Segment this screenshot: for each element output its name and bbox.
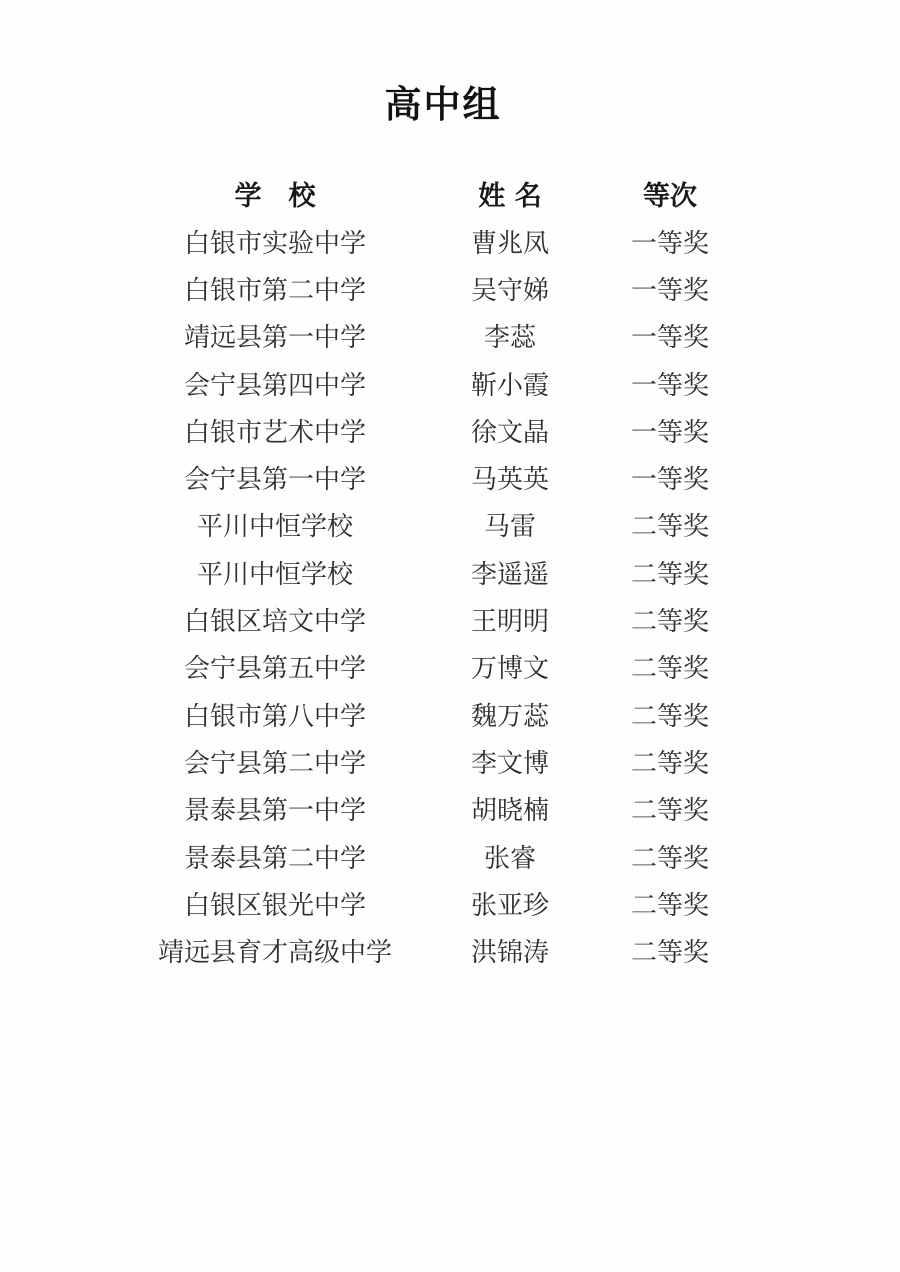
table-row: 靖远县第一中学 李蕊 一等奖 [100,315,770,362]
school-cell: 会宁县第二中学 [100,750,450,779]
table-row: 白银市第八中学 魏万蕊 二等奖 [100,693,770,740]
award-cell: 二等奖 [570,608,770,637]
table-row: 白银市艺术中学 徐文晶 一等奖 [100,409,770,456]
name-cell: 李遥遥 [450,561,570,590]
name-cell: 李文博 [450,750,570,779]
school-cell: 会宁县第一中学 [100,466,450,495]
name-cell: 马雷 [450,513,570,542]
page-title: 高中组 [0,82,886,128]
school-cell: 白银区培文中学 [100,608,450,637]
award-cell: 二等奖 [570,655,770,684]
school-cell: 白银区银光中学 [100,892,450,921]
school-cell: 靖远县育才高级中学 [100,939,450,968]
school-cell: 景泰县第一中学 [100,797,450,826]
school-cell: 白银市第二中学 [100,277,450,306]
school-cell: 白银市第八中学 [100,703,450,732]
school-cell: 景泰县第二中学 [100,845,450,874]
table-row: 会宁县第四中学 靳小霞 一等奖 [100,362,770,409]
school-cell: 平川中恒学校 [100,561,450,590]
award-cell: 一等奖 [570,230,770,259]
name-cell: 靳小霞 [450,372,570,401]
table-row: 白银市第二中学 吴守娣 一等奖 [100,268,770,315]
name-cell: 万博文 [450,655,570,684]
award-cell: 二等奖 [570,703,770,732]
name-cell: 曹兆凤 [450,230,570,259]
school-cell: 平川中恒学校 [100,513,450,542]
table-row: 会宁县第一中学 马英英 一等奖 [100,457,770,504]
award-cell: 一等奖 [570,372,770,401]
school-cell: 白银市艺术中学 [100,419,450,448]
table-row: 白银市实验中学 曹兆凤 一等奖 [100,220,770,267]
award-cell: 二等奖 [570,845,770,874]
name-cell: 吴守娣 [450,277,570,306]
table-row: 景泰县第一中学 胡晓楠 二等奖 [100,788,770,835]
table-header-row: 学 校 姓 名 等次 [100,173,770,220]
table-row: 白银区银光中学 张亚珍 二等奖 [100,882,770,929]
name-cell: 马英英 [450,466,570,495]
award-cell: 二等奖 [570,939,770,968]
table-row: 会宁县第五中学 万博文 二等奖 [100,646,770,693]
school-cell: 白银市实验中学 [100,230,450,259]
school-cell: 会宁县第五中学 [100,655,450,684]
table-row: 景泰县第二中学 张睿 二等奖 [100,835,770,882]
table-row: 平川中恒学校 李遥遥 二等奖 [100,551,770,598]
document-page: 高中组 学 校 姓 名 等次 白银市实验中学 曹兆凤 一等奖 白银市第二中学 吴… [0,0,900,1272]
name-cell: 徐文晶 [450,419,570,448]
award-cell: 一等奖 [570,324,770,353]
award-cell: 一等奖 [570,466,770,495]
table-row: 平川中恒学校 马雷 二等奖 [100,504,770,551]
award-cell: 二等奖 [570,513,770,542]
award-cell: 二等奖 [570,892,770,921]
column-header-award: 等次 [570,182,770,212]
column-header-name: 姓 名 [450,182,570,212]
name-cell: 魏万蕊 [450,703,570,732]
award-cell: 一等奖 [570,419,770,448]
name-cell: 张睿 [450,845,570,874]
name-cell: 洪锦涛 [450,939,570,968]
award-cell: 一等奖 [570,277,770,306]
name-cell: 李蕊 [450,324,570,353]
table-row: 会宁县第二中学 李文博 二等奖 [100,741,770,788]
award-cell: 二等奖 [570,561,770,590]
school-cell: 会宁县第四中学 [100,372,450,401]
award-table: 学 校 姓 名 等次 白银市实验中学 曹兆凤 一等奖 白银市第二中学 吴守娣 一… [100,173,770,977]
award-cell: 二等奖 [570,750,770,779]
table-row: 白银区培文中学 王明明 二等奖 [100,599,770,646]
school-cell: 靖远县第一中学 [100,324,450,353]
name-cell: 胡晓楠 [450,797,570,826]
name-cell: 张亚珍 [450,892,570,921]
table-row: 靖远县育才高级中学 洪锦涛 二等奖 [100,930,770,977]
column-header-school: 学 校 [100,182,450,212]
award-cell: 二等奖 [570,797,770,826]
name-cell: 王明明 [450,608,570,637]
